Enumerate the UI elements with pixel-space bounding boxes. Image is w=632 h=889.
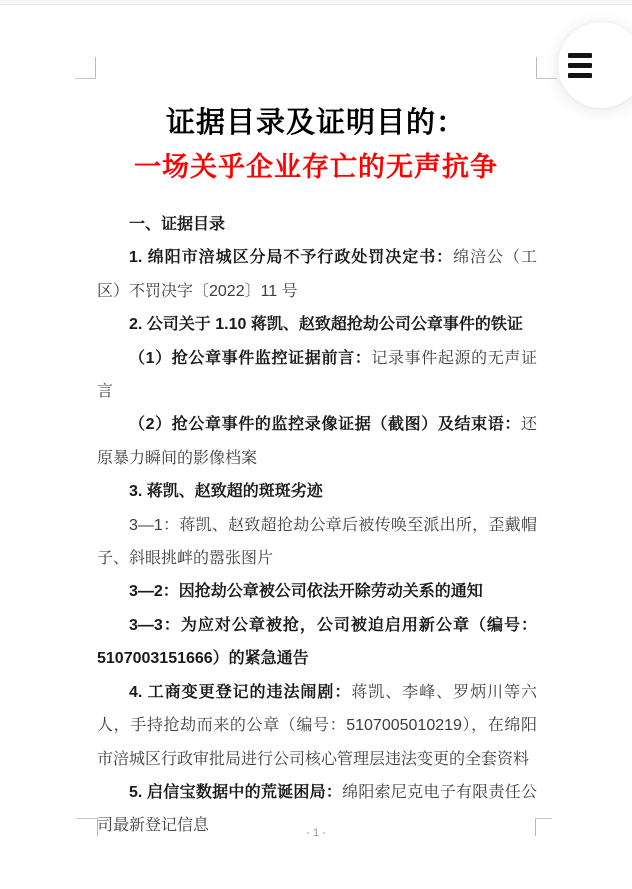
menu-button[interactable]: [558, 22, 632, 108]
evidence-item-2-sub-1: （1）抢公章事件监控证据前言：记录事件起源的无声证言: [97, 342, 537, 409]
evidence-item-1: 1. 绵阳市涪城区分局不予行政处罚决定书：绵涪公（工区）不罚决字〔2022〕11…: [97, 241, 537, 308]
text-boundary-mark-top-left: [75, 57, 96, 79]
text-boundary-mark-top-right: [536, 57, 557, 79]
document-subtitle: 一场关乎企业存亡的无声抗争: [0, 147, 632, 187]
evidence-item-3-1: 3—1：蒋凯、赵致超抢劫公章后被传唤至派出所，歪戴帽子、斜眼挑衅的嚣张图片: [97, 509, 537, 576]
section-heading-text: 一、证据目录: [129, 216, 225, 233]
evidence-item-2-sub-2: （2）抢公章事件的监控录像证据（截图）及结束语：还原暴力瞬间的影像档案: [97, 408, 537, 475]
evidence-item-2: 2. 公司关于 1.10 蒋凯、赵致超抢劫公司公章事件的铁证: [97, 308, 537, 341]
hamburger-menu-icon: [568, 50, 592, 80]
evidence-item-4: 4. 工商变更登记的违法闹剧：蒋凯、李峰、罗炳川等六人，手持抢劫而来的公章（编号…: [97, 676, 537, 776]
evidence-item-3-3: 3—3：为应对公章被抢，公司被迫启用新公章（编号：5107003151666）的…: [97, 609, 537, 676]
evidence-item-3-2: 3—2：因抢劫公章被公司依法开除劳动关系的通知: [97, 575, 537, 608]
section-heading: 一、证据目录: [97, 208, 537, 241]
document-body: 一、证据目录 1. 绵阳市涪城区分局不予行政处罚决定书：绵涪公（工区）不罚决字〔…: [97, 208, 537, 843]
document-title: 证据目录及证明目的：: [0, 100, 632, 146]
evidence-item-3: 3. 蒋凯、赵致超的斑斑劣迹: [97, 475, 537, 508]
page-top-divider: [0, 0, 632, 5]
page-number: - 1 -: [0, 827, 632, 839]
